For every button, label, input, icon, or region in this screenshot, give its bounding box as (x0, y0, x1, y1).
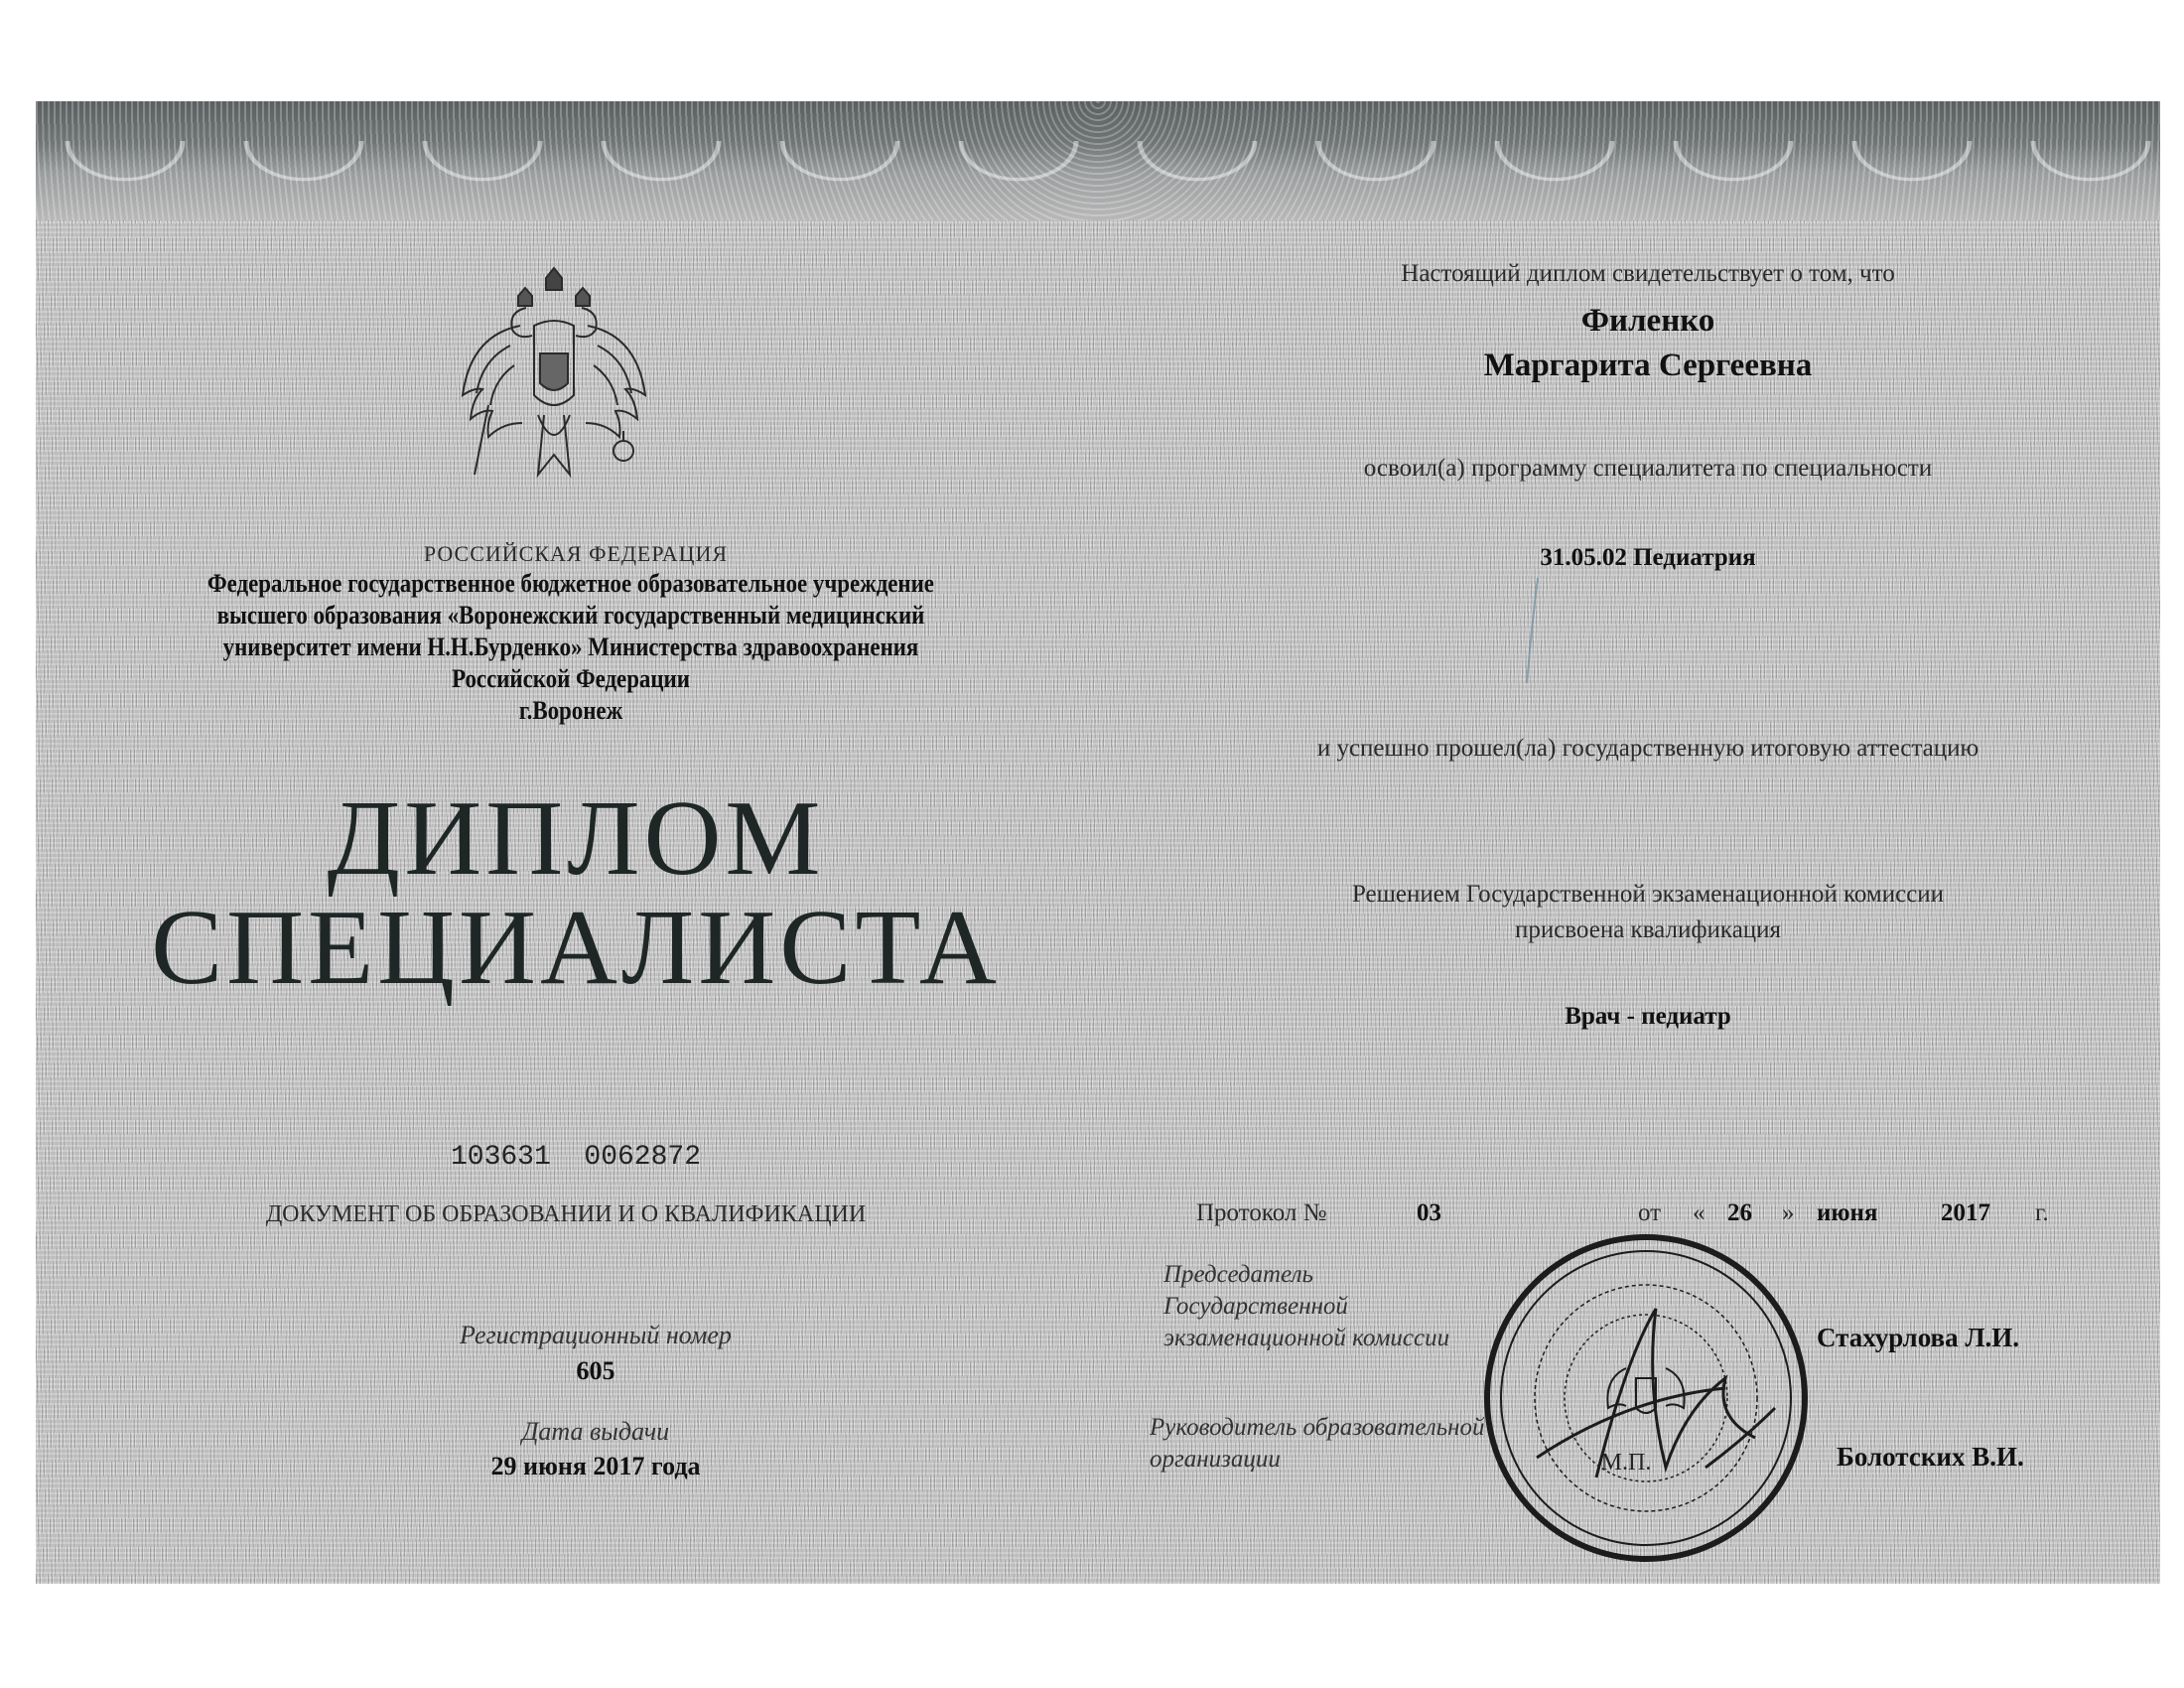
pen-stroke-mark (1524, 576, 1544, 685)
country-label: РОССИЙСКАЯ ФЕДЕРАЦИЯ (298, 541, 854, 567)
institution-name: Федеральное государственное бюджетное об… (152, 568, 991, 727)
certifies-text: Настоящий диплом свидетельствует о том, … (1241, 260, 2055, 288)
chair-label: Председатель Государственной экзаменацио… (1163, 1259, 1461, 1354)
document-type: ДОКУМЕНТ ОБ ОБРАЗОВАНИИ И О КВАЛИФИКАЦИИ (169, 1201, 963, 1228)
institution-line: университет имени Н.Н.Бурденко» Министер… (152, 632, 991, 663)
attestation-text: и успешно прошел(ла) государственную ито… (1211, 735, 2085, 763)
protocol-month: июня (1817, 1199, 1877, 1227)
seal-place-label: М.П. (1586, 1450, 1666, 1477)
institution-city: г.Воронеж (152, 695, 991, 727)
qualification: Врач - педиатр (1241, 1003, 2055, 1031)
chair-label-line: Председатель (1163, 1259, 1461, 1291)
commission-decision: Решением Государственной экзаменационной… (1211, 877, 2085, 948)
registration-label: Регистрационный номер (377, 1321, 814, 1350)
institution-line: высшего образования «Воронежский государ… (152, 600, 991, 632)
official-seal-icon (1477, 1229, 1815, 1567)
protocol-label: Протокол № (1196, 1199, 1326, 1227)
institution-line: Российской Федерации (152, 663, 991, 695)
head-label-line: Руководитель образовательной (1150, 1412, 1487, 1444)
registration-number: 605 (377, 1356, 814, 1386)
graduate-surname: Филенко (1241, 303, 2055, 340)
head-label: Руководитель образовательной организации (1150, 1412, 1487, 1476)
serial-number: 103631 0062872 (298, 1142, 854, 1173)
mastered-program-text: освоил(а) программу специалитета по спец… (1241, 455, 2055, 483)
issue-date: 29 июня 2017 года (377, 1452, 814, 1481)
issue-date-label: Дата выдачи (377, 1417, 814, 1447)
diploma-subtitle: СПЕЦИАЛИСТА (139, 894, 1013, 1003)
chair-name: Стахурлова Л.И. (1817, 1323, 2055, 1353)
specialty: 31.05.02 Педиатрия (1241, 544, 2055, 572)
head-label-line: организации (1150, 1444, 1487, 1476)
protocol-year: 2017 (1941, 1199, 1990, 1227)
protocol-from-label: от (1638, 1199, 1661, 1227)
chair-label-line: экзаменационной комиссии (1163, 1323, 1461, 1354)
quote-open: « (1693, 1199, 1706, 1227)
decision-line: присвоена квалификация (1211, 913, 2085, 948)
diploma-title: ДИПЛОМ (139, 784, 1013, 894)
protocol-year-suffix: г. (2035, 1199, 2049, 1227)
protocol-number: 03 (1417, 1199, 1441, 1227)
protocol-day: 26 (1727, 1199, 1752, 1227)
guilloche-arcs (36, 141, 2160, 220)
coat-of-arms-icon (449, 266, 659, 490)
chair-label-line: Государственной (1163, 1291, 1461, 1323)
quote-close: » (1782, 1199, 1795, 1227)
head-name: Болотских В.И. (1837, 1442, 2075, 1473)
institution-line: Федеральное государственное бюджетное об… (152, 568, 991, 600)
decision-line: Решением Государственной экзаменационной… (1211, 877, 2085, 913)
graduate-given-names: Маргарита Сергеевна (1241, 348, 2055, 384)
